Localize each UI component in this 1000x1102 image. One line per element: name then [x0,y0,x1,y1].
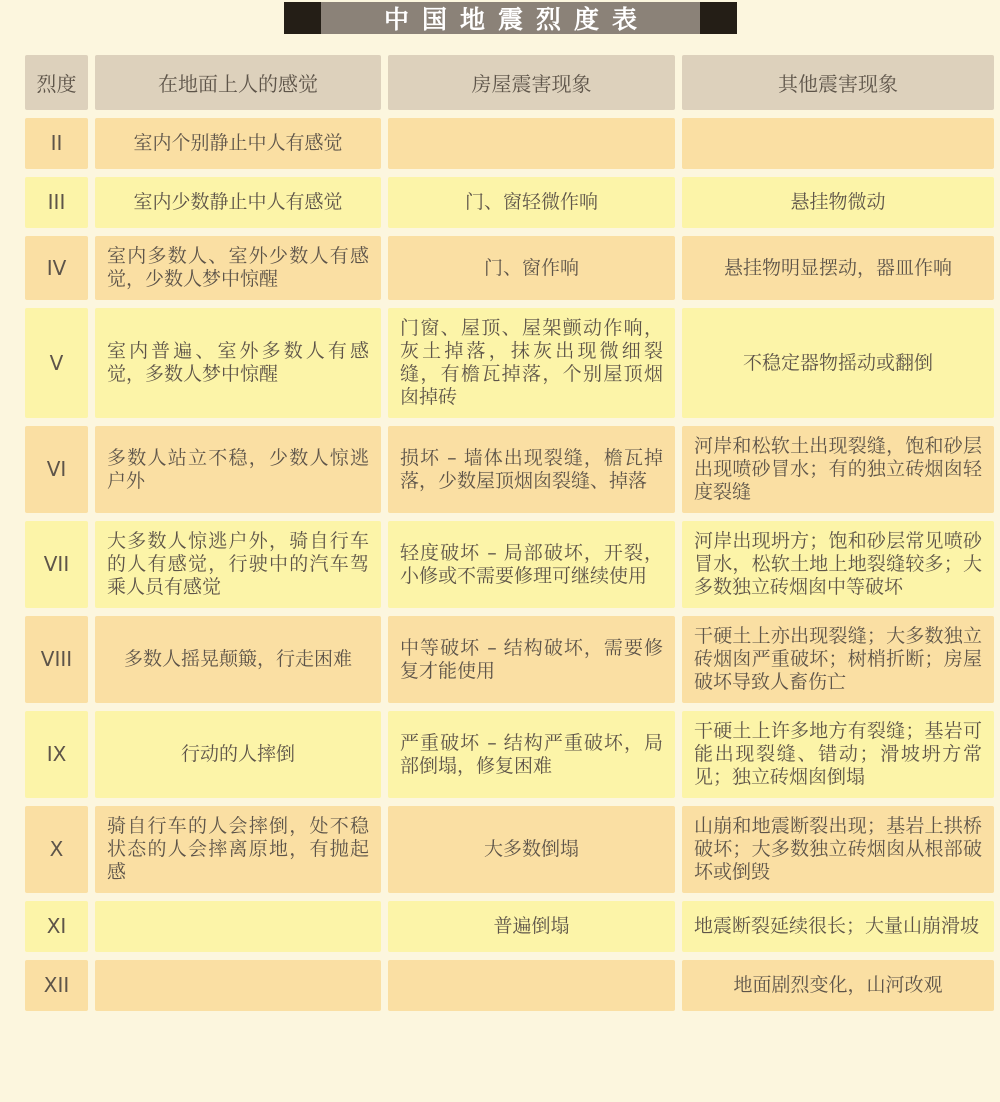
houses-cell-VI: 损坏 – 墙体出现裂缝，檐瓦掉落，少数屋顶烟囱裂缝、掉落 [388,426,675,513]
houses-cell-VIII: 中等破坏 – 结构破坏，需要修复才能使用 [388,616,675,703]
houses-cell-II [388,118,675,169]
column-header-other-damage: 其他震害现象 [682,55,994,110]
intensity-cell-IV: IV [25,236,88,300]
column-header-house-damage: 房屋震害现象 [388,55,675,110]
intensity-cell-XI: XI [25,901,88,952]
other-cell-X: 山崩和地震断裂出现；基岩上拱桥破坏；大多数独立砖烟囱从根部破坏或倒毁 [682,806,994,893]
intensity-cell-VII: VII [25,521,88,608]
page: 中国地震烈度表 烈度 在地面上人的感觉 房屋震害现象 其他震害现象 II 室内个… [0,0,1000,1102]
houses-cell-X: 大多数倒塌 [388,806,675,893]
people-cell-VI: 多数人站立不稳，少数人惊逃户外 [95,426,381,513]
houses-cell-XI: 普遍倒塌 [388,901,675,952]
people-cell-III: 室内少数静止中人有感觉 [95,177,381,228]
intensity-table: 烈度 在地面上人的感觉 房屋震害现象 其他震害现象 II 室内个别静止中人有感觉… [25,55,995,1011]
people-cell-XI [95,901,381,952]
other-cell-II [682,118,994,169]
people-cell-IV: 室内多数人、室外少数人有感觉，少数人梦中惊醒 [95,236,381,300]
people-cell-IX: 行动的人摔倒 [95,711,381,798]
houses-cell-IV: 门、窗作响 [388,236,675,300]
houses-cell-VII: 轻度破坏 – 局部破坏，开裂，小修或不需要修理可继续使用 [388,521,675,608]
other-cell-V: 不稳定器物摇动或翻倒 [682,308,994,418]
people-cell-V: 室内普遍、室外多数人有感觉，多数人梦中惊醒 [95,308,381,418]
people-cell-X: 骑自行车的人会摔倒，处不稳状态的人会摔离原地，有抛起感 [95,806,381,893]
title-left-end-block [284,2,321,34]
other-cell-VI: 河岸和松软土出现裂缝，饱和砂层出现喷砂冒水；有的独立砖烟囱轻度裂缝 [682,426,994,513]
people-cell-XII [95,960,381,1011]
column-header-people-feeling: 在地面上人的感觉 [95,55,381,110]
other-cell-VIII: 干硬土上亦出现裂缝；大多数独立砖烟囱严重破坏；树梢折断；房屋破坏导致人畜伤亡 [682,616,994,703]
intensity-cell-IX: IX [25,711,88,798]
intensity-cell-VI: VI [25,426,88,513]
houses-cell-III: 门、窗轻微作响 [388,177,675,228]
other-cell-III: 悬挂物微动 [682,177,994,228]
column-header-intensity: 烈度 [25,55,88,110]
title-bar: 中国地震烈度表 [284,2,737,34]
people-cell-VIII: 多数人摇晃颠簸，行走困难 [95,616,381,703]
other-cell-VII: 河岸出现坍方；饱和砂层常见喷砂冒水，松软土地上地裂缝较多；大多数独立砖烟囱中等破… [682,521,994,608]
other-cell-IV: 悬挂物明显摆动，器皿作响 [682,236,994,300]
other-cell-XI: 地震断裂延续很长；大量山崩滑坡 [682,901,994,952]
intensity-cell-XII: XII [25,960,88,1011]
other-cell-XII: 地面剧烈变化，山河改观 [682,960,994,1011]
page-title: 中国地震烈度表 [321,2,700,34]
houses-cell-XII [388,960,675,1011]
houses-cell-IX: 严重破坏 – 结构严重破坏，局部倒塌，修复困难 [388,711,675,798]
intensity-cell-VIII: VIII [25,616,88,703]
title-right-end-block [700,2,737,34]
intensity-cell-II: II [25,118,88,169]
houses-cell-V: 门窗、屋顶、屋架颤动作响，灰土掉落，抹灰出现微细裂缝，有檐瓦掉落，个别屋顶烟囱掉… [388,308,675,418]
intensity-cell-V: V [25,308,88,418]
other-cell-IX: 干硬土上许多地方有裂缝；基岩可能出现裂缝、错动；滑坡坍方常见；独立砖烟囱倒塌 [682,711,994,798]
people-cell-VII: 大多数人惊逃户外，骑自行车的人有感觉，行驶中的汽车驾乘人员有感觉 [95,521,381,608]
intensity-cell-X: X [25,806,88,893]
people-cell-II: 室内个别静止中人有感觉 [95,118,381,169]
intensity-cell-III: III [25,177,88,228]
